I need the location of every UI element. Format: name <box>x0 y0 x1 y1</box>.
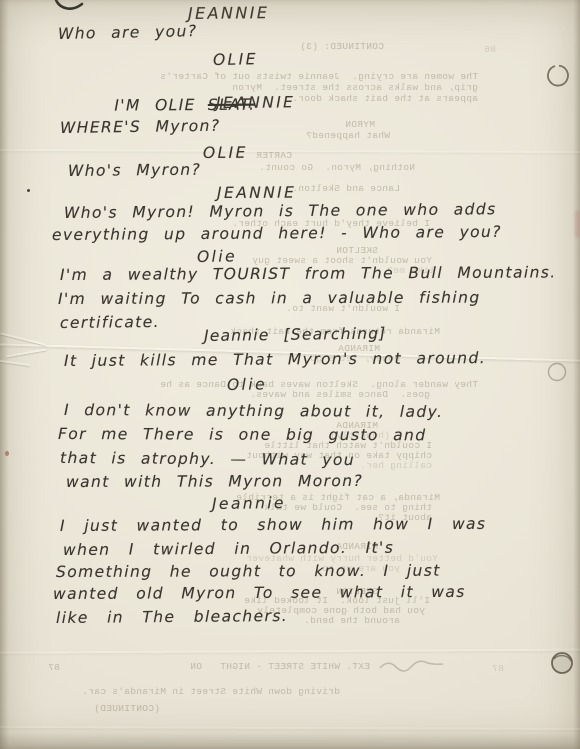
handwritten-character-cue: Jeannie [Searching] <box>204 324 387 345</box>
paper-wrinkle <box>0 360 30 366</box>
typed-bleedthrough-line: Lance and Skelton. <box>292 183 400 194</box>
handwritten-dialogue-line: Who's Myron! Myron is The one who adds <box>64 200 497 222</box>
handwritten-dialogue-line: I don't know anything about it, lady. <box>64 401 443 421</box>
typed-bleedthrough-cue: MYRON <box>345 119 375 130</box>
pencil-circle-mark <box>546 361 568 383</box>
handwritten-dialogue-line: I'm waiting To cash in a valuable fishin… <box>58 289 481 308</box>
paper-edge-bottom <box>0 733 580 749</box>
handwritten-dialogue-line: It just kills me That Myron's not around… <box>64 349 486 370</box>
typed-bleedthrough-scene-heading: EXT. WHITE STREET - NIGHT ON <box>190 661 370 672</box>
typed-bleedthrough-page-number: 86 <box>484 44 496 55</box>
script-page-scan: CONTINUED: (3) 86 The women are crying. … <box>0 0 580 749</box>
handwritten-character-cue: JEANNIE <box>217 184 296 202</box>
typed-bleedthrough-line: appears at the bait shack door. <box>292 93 478 104</box>
handwritten-character-cue: Jeannie <box>212 494 286 513</box>
typed-bleedthrough-line: grip, and walks across the street. Myron <box>232 82 478 93</box>
typed-bleedthrough-line: calling her. <box>360 460 432 471</box>
handwritten-dialogue-line: Who's Myron? <box>68 161 201 180</box>
typed-bleedthrough-line: goes. Dance smiles and waves. <box>250 389 430 400</box>
handwritten-dialogue-line: certificate. <box>60 313 160 332</box>
paper-crease <box>0 726 580 730</box>
typed-bleedthrough-line: driving down White Street in Miranda's c… <box>82 686 340 697</box>
handwritten-dialogue-line: I'm a wealthy TOURIST from The Bull Moun… <box>60 263 557 284</box>
typed-bleedthrough-continued: (CONTINUED) <box>94 703 160 714</box>
handwritten-character-cue: OLIE <box>213 50 258 69</box>
handwritten-character-cue: JEANNIE <box>216 93 295 112</box>
pencil-circle-mark <box>546 63 572 89</box>
handwritten-dialogue-line: want with This Myron Moron? <box>66 472 363 491</box>
typed-bleedthrough-cue: CARTER <box>256 150 292 161</box>
handwritten-dialogue-line: wanted old Myron To see what it was <box>53 583 466 603</box>
typed-bleedthrough-line: What happened? <box>306 130 390 141</box>
typed-bleedthrough-scene-number: 87 <box>48 662 60 673</box>
handwritten-dialogue-line: when I twirled in Orlando. It's <box>63 539 394 559</box>
handwritten-character-cue: Olie <box>197 247 237 266</box>
handwritten-text: I'M OLIE <box>114 96 196 115</box>
handwritten-character-cue: Olie <box>227 375 267 394</box>
paper-edge-left <box>0 0 9 749</box>
handwritten-dialogue-line: like in The bleachers. <box>56 607 288 627</box>
handwritten-character-cue: OLIE <box>203 144 248 162</box>
paper-edge-right <box>573 0 580 749</box>
bleedthrough-scribble-mark <box>378 658 448 676</box>
paper-crease <box>0 648 580 653</box>
paper-wrinkle <box>6 349 46 357</box>
ink-dot-mark <box>27 189 30 192</box>
typed-bleedthrough-line: Nothing, Myron. Go count. <box>259 162 415 173</box>
red-speck-mark <box>5 451 9 456</box>
handwritten-dialogue-line: I just wanted to show him how I was <box>60 515 486 535</box>
handwritten-dialogue-line: everything up around here! - Who are you… <box>52 223 502 244</box>
pen-stroke-mark <box>52 0 86 14</box>
pink-smudge-mark <box>575 211 580 237</box>
handwritten-dialogue-line: Something he ought to know. I just <box>56 562 441 581</box>
pencil-circle-mark <box>549 651 575 677</box>
handwritten-dialogue-line: Who are you? <box>58 22 198 43</box>
typed-bleedthrough-line: around the bend. <box>304 615 400 626</box>
handwritten-dialogue-line: WHERE'S Myron? <box>60 117 221 137</box>
typed-bleedthrough-scene-number: 87 <box>492 663 504 674</box>
typed-bleedthrough-line: CONTINUED: (3) <box>300 41 384 52</box>
handwritten-dialogue-line: For me There is one big gusto and <box>58 425 427 444</box>
handwritten-dialogue-line: that is atrophy. — What you <box>60 449 355 469</box>
handwritten-character-cue: JEANNIE <box>188 3 270 23</box>
